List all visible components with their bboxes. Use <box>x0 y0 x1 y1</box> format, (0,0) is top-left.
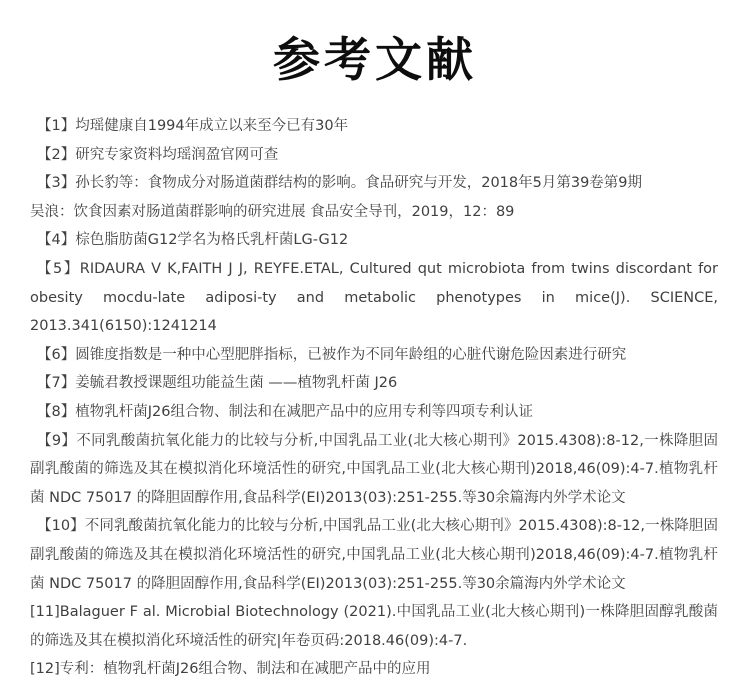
reference-entry-12: [12]专利：植物乳杆菌J26组合物、制法和在减肥产品中的应用 <box>30 655 718 684</box>
reference-entry-6: 【6】圆锥度指数是一种中心型肥胖指标，已被作为不同年龄组的心脏代谢危险因素进行研… <box>30 341 718 370</box>
reference-entry-1: 【1】均瑶健康自1994年成立以来至今已有30年 <box>30 112 718 141</box>
reference-label: 【7】 <box>37 375 75 391</box>
reference-label: 【10】 <box>37 518 85 534</box>
page-title: 参考文献 <box>0 34 750 88</box>
reference-entry-3-continuation: 吴浪：饮食因素对肠道菌群影响的研究进展 食品安全导刊，2019，12：89 <box>30 198 718 227</box>
reference-list: 【1】均瑶健康自1994年成立以来至今已有30年 【2】研究专家资料均瑶润盈官网… <box>0 104 750 684</box>
reference-label: 【2】 <box>37 147 75 163</box>
reference-label: 【3】 <box>37 175 75 191</box>
reference-label: 【1】 <box>37 118 75 134</box>
reference-text: 植物乳杆菌J26组合物、制法和在减肥产品中的应用专利等四项专利认证 <box>75 404 533 420</box>
reference-label: [12] <box>30 661 60 677</box>
references-page: 参考文献 【1】均瑶健康自1994年成立以来至今已有30年 【2】研究专家资料均… <box>0 0 750 689</box>
reference-text: 均瑶健康自1994年成立以来至今已有30年 <box>75 118 348 134</box>
reference-text: 不同乳酸菌抗氧化能力的比较与分析,中国乳品工业(北大核心期刊》2015.4308… <box>30 433 718 506</box>
reference-entry-2: 【2】研究专家资料均瑶润盈官网可查 <box>30 141 718 170</box>
reference-entry-7: 【7】姜毓君教授课题组功能益生菌 ——植物乳杆菌 J26 <box>30 369 718 398</box>
reference-entry-4: 【4】棕色脂肪菌G12学名为格氏乳杆菌LG-G12 <box>30 226 718 255</box>
reference-entry-5: 【5】RIDAURA V K,FAITH J J, REYFE.ETAL, Cu… <box>30 255 718 341</box>
reference-label: 【5】 <box>37 261 80 277</box>
reference-text: Balaguer F al. Microbial Biotechnology (… <box>30 604 718 649</box>
reference-text: 孙长豹等：食物成分对肠道菌群结构的影响。食品研究与开发，2018年5月第39卷第… <box>75 175 642 191</box>
reference-text: 专利：植物乳杆菌J26组合物、制法和在减肥产品中的应用 <box>60 661 431 677</box>
reference-label: 【9】 <box>37 433 76 449</box>
reference-text: 研究专家资料均瑶润盈官网可查 <box>75 147 278 163</box>
reference-label: 【8】 <box>37 404 75 420</box>
reference-text: 吴浪：饮食因素对肠道菌群影响的研究进展 食品安全导刊，2019，12：89 <box>30 204 514 220</box>
reference-text: 不同乳酸菌抗氧化能力的比较与分析,中国乳品工业(北大核心期刊》2015.4308… <box>30 518 718 591</box>
reference-entry-10: 【10】不同乳酸菌抗氧化能力的比较与分析,中国乳品工业(北大核心期刊》2015.… <box>30 512 718 598</box>
reference-text: 棕色脂肪菌G12学名为格氏乳杆菌LG-G12 <box>75 232 348 248</box>
reference-entry-9: 【9】不同乳酸菌抗氧化能力的比较与分析,中国乳品工业(北大核心期刊》2015.4… <box>30 427 718 513</box>
reference-label: 【4】 <box>37 232 75 248</box>
reference-entry-8: 【8】植物乳杆菌J26组合物、制法和在减肥产品中的应用专利等四项专利认证 <box>30 398 718 427</box>
reference-entry-11: [11]Balaguer F al. Microbial Biotechnolo… <box>30 598 718 655</box>
reference-text: RIDAURA V K,FAITH J J, REYFE.ETAL, Cultu… <box>30 261 718 334</box>
reference-label: [11] <box>30 604 60 620</box>
reference-label: 【6】 <box>37 347 75 363</box>
reference-text: 姜毓君教授课题组功能益生菌 ——植物乳杆菌 J26 <box>75 375 397 391</box>
reference-text: 圆锥度指数是一种中心型肥胖指标，已被作为不同年龄组的心脏代谢危险因素进行研究 <box>75 347 626 363</box>
reference-entry-3: 【3】孙长豹等：食物成分对肠道菌群结构的影响。食品研究与开发，2018年5月第3… <box>30 169 718 198</box>
